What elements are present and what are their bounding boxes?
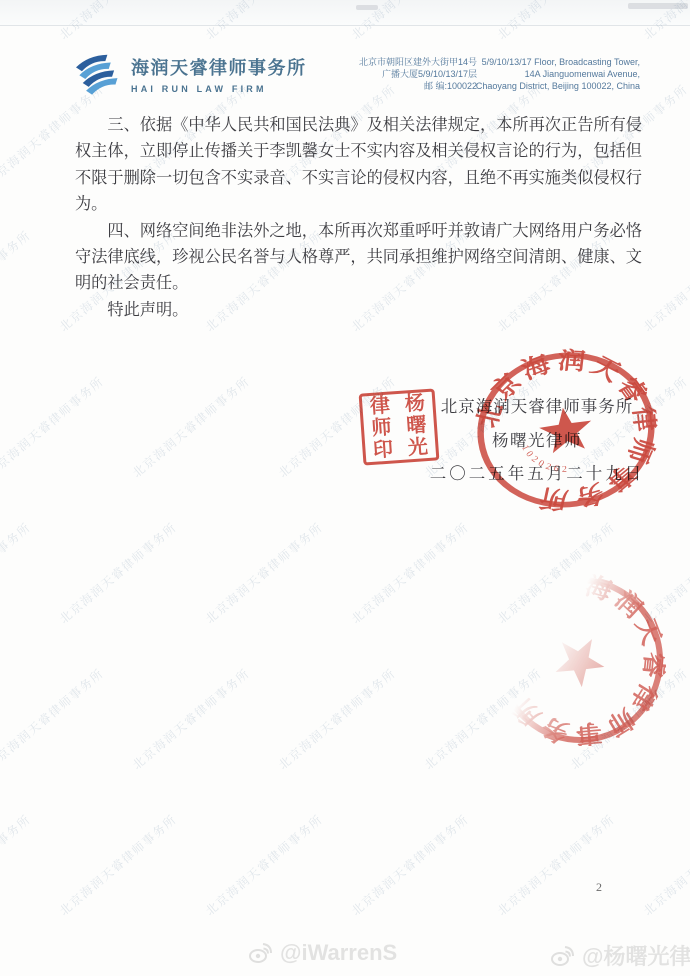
- watermark-text: 北京海润天睿律师事务所: [129, 665, 254, 773]
- watermark-text: 北京海润天睿律师事务所: [0, 665, 107, 773]
- seal-char: 律: [369, 396, 390, 417]
- watermark-text: 北京海润天睿律师事务所: [0, 227, 34, 335]
- firm-logo: 海润天睿律师事务所 HAI RUN LAW FIRM: [72, 52, 307, 96]
- firm-round-seal-partial: 北京海润天睿律师事务所: [494, 574, 666, 746]
- watermark-label: @杨曙光律师: [582, 940, 690, 971]
- firm-name-en: HAI RUN LAW FIRM: [131, 84, 307, 94]
- address-cn-line: 邮 编:100022: [359, 80, 477, 92]
- address-cn-line: 广播大厦5/9/10/13/17层: [359, 68, 477, 80]
- scan-speck: [628, 3, 688, 9]
- watermark-text: 北京海润天睿律师事务所: [56, 519, 181, 627]
- watermark-text: 北京海润天睿律师事务所: [275, 665, 400, 773]
- seal-serial: 1020262: [518, 439, 572, 481]
- address-en-line: 14A Jianguomenwai Avenue,: [476, 68, 640, 80]
- watermark-text: 北京海润天睿律师事务所: [348, 519, 473, 627]
- weibo-icon: [248, 942, 274, 964]
- scan-edge-line: [0, 25, 690, 26]
- watermark-text: 北京海润天睿律师事务所: [640, 227, 690, 335]
- seal-char: 师: [371, 418, 392, 439]
- document-body: 三、依据《中华人民共和国民法典》及相关法律规定，本所再次正告所有侵权主体，立即停…: [75, 112, 642, 323]
- lawyer-square-seal: 律 杨 师 曙 印 光: [359, 388, 440, 465]
- address-cn-line: 北京市朝阳区建外大街甲14号: [359, 56, 477, 68]
- weibo-watermark-right: @杨曙光律师: [550, 940, 690, 971]
- hairun-stripes-icon: [72, 52, 122, 96]
- weibo-watermark-left: @iWarrenS: [248, 940, 397, 966]
- watermark-text: 北京海润天睿律师事务所: [202, 519, 327, 627]
- scan-top-shading: [0, 0, 690, 25]
- watermark-text: 北京海润天睿律师事务所: [0, 519, 34, 627]
- svg-text:1020262: 1020262: [518, 439, 572, 481]
- seal-char: 曙: [406, 415, 427, 436]
- paragraph-four: 四、网络空间绝非法外之地，本所再次郑重呼吁并敦请广大网络用户务必恪守法律底线，珍…: [75, 218, 642, 297]
- address-cn: 北京市朝阳区建外大街甲14号 广播大厦5/9/10/13/17层 邮 编:100…: [359, 56, 477, 92]
- document-page: 北京海润天睿律师事务所北京海润天睿律师事务所北京海润天睿律师事务所北京海润天睿律…: [0, 0, 690, 976]
- scan-speck: [356, 5, 378, 10]
- star-icon: [547, 627, 613, 692]
- watermark-text: 北京海润天睿律师事务所: [494, 811, 619, 919]
- address-en: 5/9/10/13/17 Floor, Broadcasting Tower, …: [476, 56, 640, 92]
- star-icon: [537, 404, 595, 454]
- address-en-line: Chaoyang District, Beijing 100022, China: [476, 80, 640, 92]
- watermark-text: 北京海润天睿律师事务所: [348, 811, 473, 919]
- watermark-text: 北京海润天睿律师事务所: [640, 811, 690, 919]
- watermark-text: 北京海润天睿律师事务所: [129, 373, 254, 481]
- closing-statement: 特此声明。: [75, 297, 642, 323]
- watermark-text: 北京海润天睿律师事务所: [202, 811, 327, 919]
- address-en-line: 5/9/10/13/17 Floor, Broadcasting Tower,: [476, 56, 640, 68]
- firm-round-seal: 北京海润天睿律师事务所 1020262: [474, 350, 658, 510]
- watermark-text: 北京海润天睿律师事务所: [0, 811, 34, 919]
- watermark-text: 北京海润天睿律师事务所: [56, 811, 181, 919]
- seal-char: 印: [372, 439, 393, 460]
- seal-char: 杨: [404, 393, 425, 414]
- page-number: 2: [596, 880, 602, 895]
- paragraph-three: 三、依据《中华人民共和国民法典》及相关法律规定，本所再次正告所有侵权主体，立即停…: [75, 112, 642, 218]
- weibo-icon: [550, 945, 576, 967]
- watermark-label: @iWarrenS: [280, 940, 397, 966]
- seal-char: 光: [407, 437, 428, 458]
- watermark-text: 北京海润天睿律师事务所: [0, 373, 107, 481]
- firm-name-cn: 海润天睿律师事务所: [131, 54, 307, 80]
